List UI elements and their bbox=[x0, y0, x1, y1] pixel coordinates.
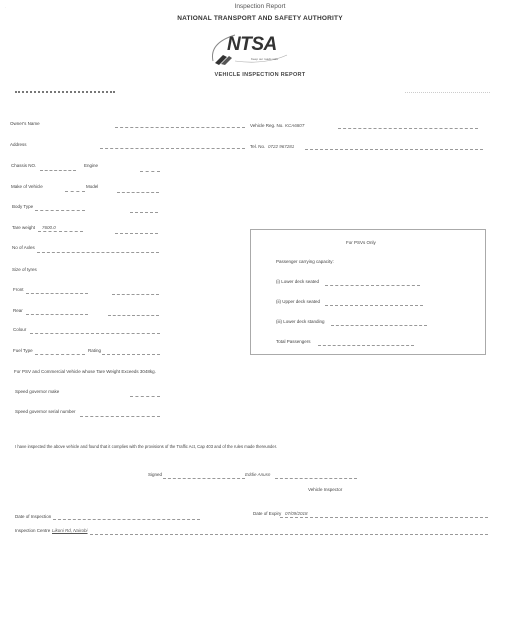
address-field[interactable] bbox=[100, 148, 245, 149]
tare-weight-line-2 bbox=[115, 233, 158, 234]
axles-label: No of Axles bbox=[12, 245, 35, 250]
redacted-line bbox=[15, 91, 115, 95]
rear-field-2[interactable] bbox=[108, 315, 159, 316]
psv-box-title: For PSVs Only bbox=[346, 240, 376, 245]
fuel-type-field[interactable] bbox=[35, 354, 85, 355]
inspection-centre-line bbox=[90, 534, 488, 535]
date-inspection-label: Date of Inspection bbox=[15, 514, 51, 519]
rear-field[interactable] bbox=[26, 314, 88, 315]
upper-deck-seated-field[interactable] bbox=[325, 305, 423, 306]
tel-label: Tel. No. bbox=[250, 144, 265, 149]
logo-text: NTSA bbox=[227, 34, 277, 56]
tyres-label: Size of tyres bbox=[12, 267, 37, 272]
lower-deck-standing-field[interactable] bbox=[331, 325, 427, 326]
front-label: Front bbox=[13, 287, 24, 292]
axles-field[interactable] bbox=[37, 252, 159, 253]
total-passengers-label: Total Passengers bbox=[276, 339, 311, 344]
signer-name: Eddie Anusn bbox=[245, 472, 270, 477]
upper-deck-seated-label: (ii) Upper deck seated bbox=[276, 299, 320, 304]
body-type-line-2 bbox=[130, 212, 158, 213]
psv-note: For PSV and Commercial Vehicle whose Tar… bbox=[14, 369, 156, 374]
inspection-centre-label: Inspection Centre bbox=[15, 528, 50, 533]
signature-field[interactable] bbox=[163, 478, 245, 479]
engine-field[interactable] bbox=[140, 171, 160, 172]
front-field-2[interactable] bbox=[112, 294, 159, 295]
logo-tagline: Keep our roads safe bbox=[251, 57, 278, 61]
rating-label: Rating bbox=[88, 348, 101, 353]
inspection-centre-value[interactable]: Likoni Rd, Nairobi bbox=[52, 528, 88, 533]
address-label: Address bbox=[10, 142, 27, 147]
make-field[interactable] bbox=[65, 191, 85, 192]
governor-serial-field[interactable] bbox=[80, 416, 160, 417]
tare-weight-label: Tare weight bbox=[12, 225, 35, 230]
owners-name-label: Owner's Name bbox=[10, 121, 40, 126]
lower-deck-seated-label: (i) Lower deck seated bbox=[276, 279, 319, 284]
governor-make-field[interactable] bbox=[130, 396, 160, 397]
owners-name-field[interactable] bbox=[115, 127, 245, 128]
governor-serial-label: Speed governor serial number bbox=[15, 409, 76, 414]
governor-make-label: Speed governor make bbox=[15, 389, 59, 394]
tare-weight-value[interactable]: 7600.0 bbox=[42, 225, 56, 230]
model-label: Model bbox=[86, 184, 98, 189]
body-type-label: Body Type bbox=[12, 204, 33, 209]
body-type-field[interactable] bbox=[35, 210, 85, 211]
make-label: Make of Vehicle bbox=[11, 184, 43, 189]
signer-name-line bbox=[275, 478, 357, 479]
chassis-label: Chassis NO. bbox=[11, 163, 36, 168]
date-inspection-field[interactable] bbox=[53, 519, 200, 520]
faint-mark bbox=[405, 92, 490, 96]
lower-deck-standing-label: (iii) Lower deck standing bbox=[276, 319, 325, 324]
colour-label: Colour bbox=[13, 327, 26, 332]
vehicle-reg-value[interactable]: KCA680T bbox=[285, 123, 305, 128]
vehicle-reg-label: Vehicle Reg. No. bbox=[250, 123, 284, 128]
tel-line bbox=[305, 149, 483, 150]
lower-deck-seated-field[interactable] bbox=[325, 285, 420, 286]
rear-label: Rear bbox=[13, 308, 23, 313]
date-expiry-value[interactable]: 07/09/2018 bbox=[285, 511, 308, 516]
declaration-text: I have inspected the above vehicle and f… bbox=[15, 444, 277, 449]
psv-only-box: For PSVs Only Passenger carrying capacit… bbox=[250, 229, 486, 355]
tare-weight-line bbox=[38, 231, 83, 232]
front-field[interactable] bbox=[26, 293, 88, 294]
fuel-type-label: Fuel Type bbox=[13, 348, 33, 353]
signer-role: Vehicle Inspector bbox=[308, 487, 342, 492]
date-expiry-line bbox=[280, 517, 488, 518]
ntsa-logo: NTSA Keep our roads safe bbox=[205, 31, 295, 67]
tel-value[interactable]: 0722 967281 bbox=[268, 144, 294, 149]
date-expiry-label: Date of Expiry bbox=[253, 511, 281, 516]
signed-label: Signed bbox=[148, 472, 162, 477]
rating-field[interactable] bbox=[102, 354, 160, 355]
chassis-field[interactable] bbox=[40, 170, 76, 171]
passenger-capacity-label: Passenger carrying capacity: bbox=[276, 259, 334, 264]
vehicle-reg-line bbox=[338, 128, 478, 129]
authority-name: NATIONAL TRANSPORT AND SAFETY AUTHORITY bbox=[0, 15, 520, 22]
engine-label: Engine bbox=[84, 163, 98, 168]
total-passengers-field[interactable] bbox=[318, 345, 414, 346]
report-title: VEHICLE INSPECTION REPORT bbox=[0, 72, 520, 78]
colour-field[interactable] bbox=[30, 333, 160, 334]
top-title: Inspection Report bbox=[0, 3, 520, 10]
model-field[interactable] bbox=[117, 192, 159, 193]
